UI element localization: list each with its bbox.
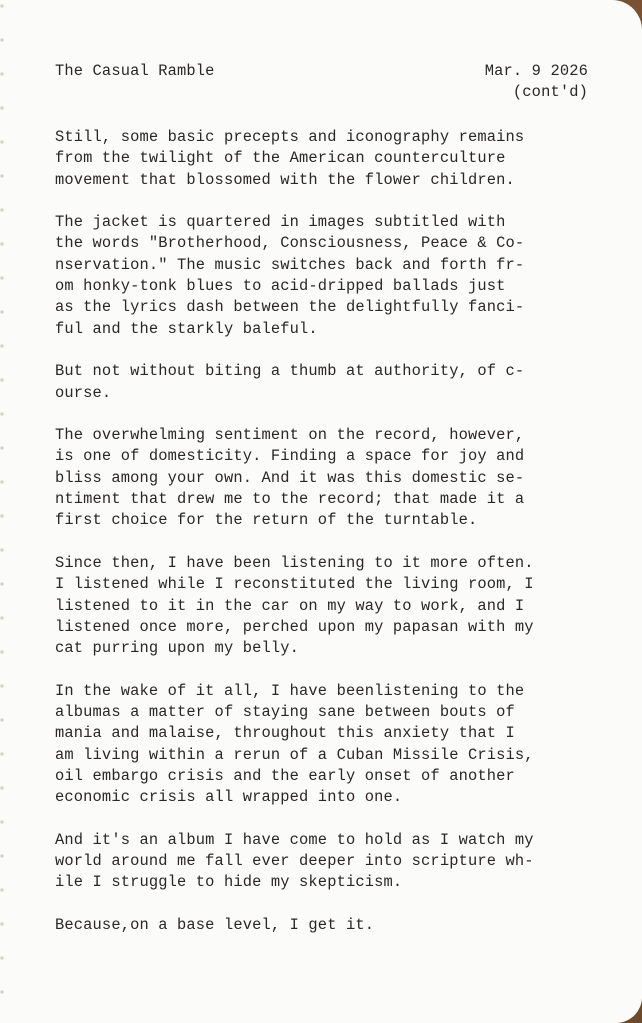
text-line: I listened while I reconstituted the liv… (55, 574, 595, 595)
paragraph: The overwhelming sentiment on the record… (55, 425, 595, 531)
text-line: ile I struggle to hide my skepticism. (55, 872, 595, 893)
text-line: But not without biting a thumb at author… (55, 361, 595, 382)
text-line: am living within a rerun of a Cuban Miss… (55, 745, 595, 766)
paragraph: Because,on a base level, I get it. (55, 915, 595, 936)
paragraph: And it's an album I have come to hold as… (55, 830, 595, 894)
text-line: economic crisis all wrapped into one. (55, 787, 595, 808)
perforated-edge (0, 0, 10, 1023)
paragraph: But not without biting a thumb at author… (55, 361, 595, 404)
text-line: The jacket is quartered in images subtit… (55, 212, 595, 233)
text-line: first choice for the return of the turnt… (55, 510, 595, 531)
text-line: the words "Brotherhood, Consciousness, P… (55, 233, 595, 254)
text-line: mania and malaise, throughout this anxie… (55, 723, 595, 744)
text-line: is one of domesticity. Finding a space f… (55, 446, 595, 467)
text-line: ful and the starkly baleful. (55, 319, 595, 340)
page-date: Mar. 9 2026 (485, 61, 588, 82)
text-line: as the lyrics dash between the delightfu… (55, 297, 595, 318)
text-line: ourse. (55, 383, 595, 404)
text-line: nservation." The music switches back and… (55, 255, 595, 276)
text-line: Since then, I have been listening to it … (55, 553, 595, 574)
typewritten-page: The Casual Ramble Mar. 9 2026 (cont'd) S… (0, 0, 642, 1023)
paragraph: In the wake of it all, I have beenlisten… (55, 681, 595, 809)
typed-content: The Casual Ramble Mar. 9 2026 (cont'd) S… (55, 61, 595, 958)
text-line: albumas a matter of staying sane between… (55, 702, 595, 723)
article-body: Still, some basic precepts and iconograp… (55, 111, 595, 936)
paragraph: The jacket is quartered in images subtit… (55, 212, 595, 340)
text-line: Still, some basic precepts and iconograp… (55, 127, 595, 148)
page-title: The Casual Ramble (55, 61, 215, 82)
paragraph: Still, some basic precepts and iconograp… (55, 127, 595, 191)
text-line: movement that blossomed with the flower … (55, 170, 595, 191)
text-line: world around me fall ever deeper into sc… (55, 851, 595, 872)
text-line: listened once more, perched upon my papa… (55, 617, 595, 638)
page-header: The Casual Ramble Mar. 9 2026 (cont'd) (55, 61, 595, 111)
text-line: from the twilight of the American counte… (55, 148, 595, 169)
text-line: om honky-tonk blues to acid-dripped ball… (55, 276, 595, 297)
text-line: ntiment that drew me to the record; that… (55, 489, 595, 510)
text-line: And it's an album I have come to hold as… (55, 830, 595, 851)
text-line: bliss among your own. And it was this do… (55, 468, 595, 489)
text-line: oil embargo crisis and the early onset o… (55, 766, 595, 787)
text-line: Because,on a base level, I get it. (55, 915, 595, 936)
text-line: In the wake of it all, I have beenlisten… (55, 681, 595, 702)
text-line: listened to it in the car on my way to w… (55, 596, 595, 617)
text-line: The overwhelming sentiment on the record… (55, 425, 595, 446)
continued-label: (cont'd) (513, 82, 588, 103)
paragraph: Since then, I have been listening to it … (55, 553, 595, 659)
text-line: cat purring upon my belly. (55, 638, 595, 659)
